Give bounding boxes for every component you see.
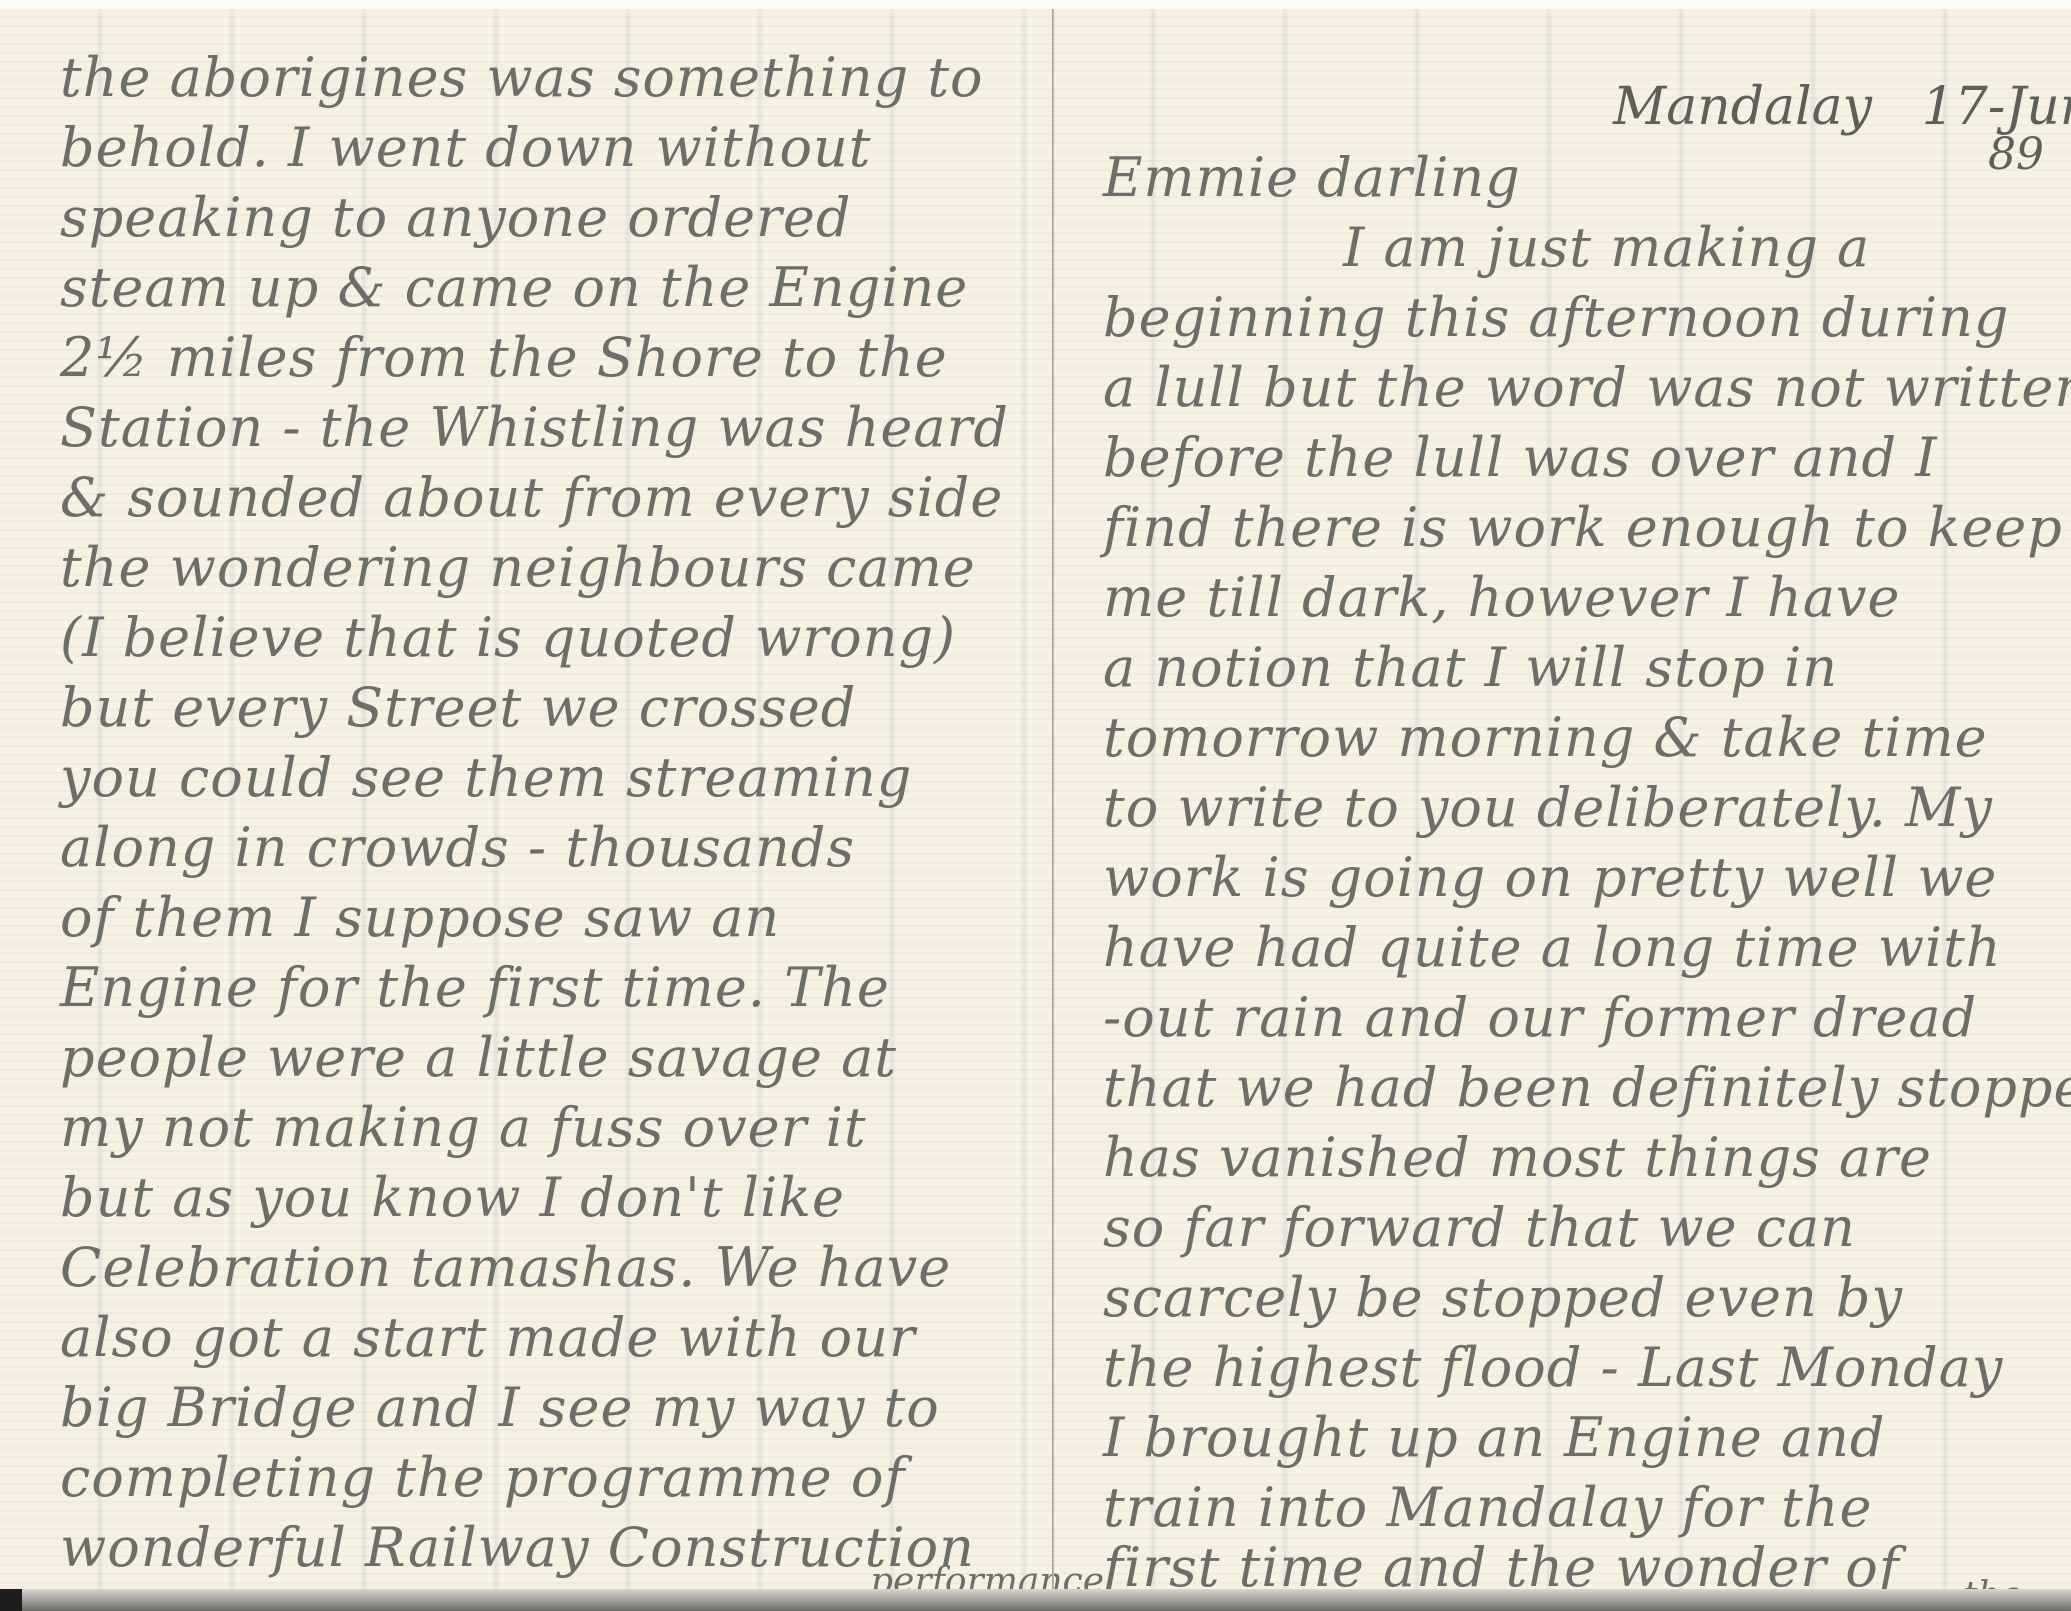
letter-dateline: Mandalay 17-June bbox=[1613, 77, 2071, 137]
right-line: I brought up an Engine and bbox=[1103, 1411, 1886, 1465]
right-line: beginning this afternoon during bbox=[1103, 291, 2010, 345]
right-line: before the lull was over and I bbox=[1103, 431, 1938, 485]
letter-sheet: the aborigines was something to behold. … bbox=[0, 9, 2071, 1591]
scan-corner bbox=[0, 1589, 22, 1611]
right-line: tomorrow morning & take time bbox=[1103, 711, 1988, 765]
right-line: so far forward that we can bbox=[1103, 1201, 1856, 1255]
left-line: of them I suppose saw an bbox=[60, 891, 780, 945]
left-line: but as you know I don't like bbox=[60, 1171, 845, 1225]
right-line: a notion that I will stop in bbox=[1103, 641, 1838, 695]
right-line: -out rain and our former dread bbox=[1103, 991, 1977, 1045]
right-line: scarcely be stopped even by bbox=[1103, 1271, 1903, 1325]
right-line: have had quite a long time with bbox=[1103, 921, 2002, 975]
left-line: my not making a fuss over it bbox=[60, 1101, 867, 1155]
left-line: the wondering neighbours came bbox=[60, 541, 976, 595]
left-line: (I believe that is quoted wrong) bbox=[60, 611, 956, 665]
right-page: Mandalay 17-June 89 Emmie darling I am j… bbox=[1053, 9, 2071, 1591]
scan-bottom-shadow bbox=[0, 1589, 2071, 1611]
left-line: 2½ miles from the Shore to the bbox=[60, 331, 948, 385]
left-line: behold. I went down without bbox=[60, 121, 872, 175]
left-line: speaking to anyone ordered bbox=[60, 191, 851, 245]
letter-date: 17-June bbox=[1922, 77, 2071, 137]
right-line: train into Mandalay for the bbox=[1103, 1481, 1872, 1535]
right-line: me till dark, however I have bbox=[1103, 571, 1900, 625]
left-line: Engine for the first time. The bbox=[60, 961, 890, 1015]
left-line: wonderful Railway Construction bbox=[60, 1521, 975, 1575]
right-line: has vanished most things are bbox=[1103, 1131, 1932, 1185]
left-line: the aborigines was something to bbox=[60, 51, 984, 105]
left-page: the aborigines was something to behold. … bbox=[0, 9, 1052, 1591]
left-line: & sounded about from every side bbox=[60, 471, 1003, 525]
right-line: to write to you deliberately. My bbox=[1103, 781, 1993, 835]
right-line: find there is work enough to keep bbox=[1103, 501, 2063, 555]
left-line: also got a start made with our bbox=[60, 1311, 916, 1365]
right-line: a lull but the word was not written bbox=[1103, 361, 2071, 415]
left-line: you could see them streaming bbox=[60, 751, 912, 805]
left-line: big Bridge and I see my way to bbox=[60, 1381, 940, 1435]
left-line: steam up & came on the Engine bbox=[60, 261, 968, 315]
left-line: people were a little savage at bbox=[60, 1031, 897, 1085]
scan-top-border bbox=[0, 0, 2071, 9]
left-line: along in crowds - thousands bbox=[60, 821, 855, 875]
right-line: work is going on pretty well we bbox=[1103, 851, 1997, 905]
right-line: that we had been definitely stopped bbox=[1103, 1061, 2071, 1115]
right-line: I am just making a bbox=[1343, 221, 1870, 275]
letter-year: 89 bbox=[1988, 129, 2044, 180]
salutation: Emmie darling bbox=[1103, 151, 1521, 205]
left-line: completing the programme of bbox=[60, 1451, 905, 1505]
left-line: but every Street we crossed bbox=[60, 681, 856, 735]
right-line: the highest flood - Last Monday bbox=[1103, 1341, 2003, 1395]
place-name: Mandalay bbox=[1613, 77, 1872, 137]
left-line: Station - the Whistling was heard bbox=[60, 401, 1009, 455]
right-line: first time and the wonder of bbox=[1103, 1541, 1900, 1591]
left-line: Celebration tamashas. We have bbox=[60, 1241, 951, 1295]
